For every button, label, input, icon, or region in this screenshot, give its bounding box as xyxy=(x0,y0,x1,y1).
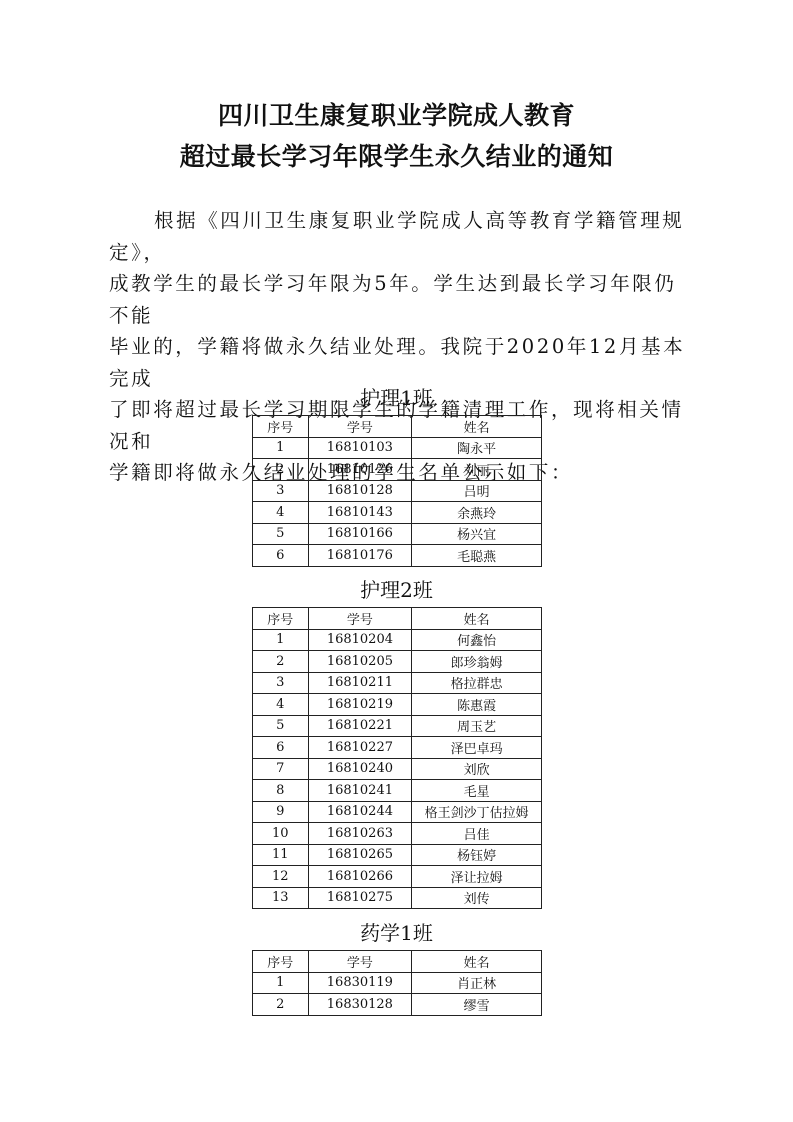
student-name: 周玉艺 xyxy=(412,715,542,737)
table-header-row: 序号学号姓名 xyxy=(253,608,542,630)
column-header: 序号 xyxy=(253,951,309,973)
student-id: 16810221 xyxy=(308,715,412,737)
table-row: 316810211格拉群忠 xyxy=(253,672,542,694)
student-name: 刘传 xyxy=(412,887,542,909)
paragraph-line-1: 根据《四川卫生康复职业学院成人高等教育学籍管理规定》， xyxy=(109,205,689,268)
student-name: 陶永平 xyxy=(412,437,542,459)
table-header-row: 序号学号姓名 xyxy=(253,951,542,973)
column-header: 姓名 xyxy=(412,951,542,973)
student-name: 缪雪 xyxy=(412,994,542,1016)
row-index: 4 xyxy=(253,694,309,716)
row-index: 1 xyxy=(253,629,309,651)
student-name: 肖正林 xyxy=(412,972,542,994)
row-index: 4 xyxy=(253,502,309,524)
table-row: 116810103陶永平 xyxy=(253,437,542,459)
student-id: 16810265 xyxy=(308,844,412,866)
student-id: 16810219 xyxy=(308,694,412,716)
student-name: 毛聪燕 xyxy=(412,545,542,567)
table-row: 1316810275刘传 xyxy=(253,887,542,909)
student-id: 16810227 xyxy=(308,737,412,759)
student-table-nursing-2: 序号学号姓名116810204何鑫怡216810205郎珍翁姆316810211… xyxy=(252,607,542,909)
column-header: 姓名 xyxy=(412,416,542,438)
student-id: 16810244 xyxy=(308,801,412,823)
document-title-line-1: 四川卫生康复职业学院成人教育 xyxy=(0,96,793,132)
table-row: 416810143余燕玲 xyxy=(253,502,542,524)
student-name: 吕佳 xyxy=(412,823,542,845)
table-row: 916810244格王剑沙丁估拉姆 xyxy=(253,801,542,823)
table-row: 216830128缪雪 xyxy=(253,994,542,1016)
table-row: 416810219陈惠霞 xyxy=(253,694,542,716)
student-id: 16810166 xyxy=(308,523,412,545)
student-id: 16830119 xyxy=(308,972,412,994)
student-name: 郎珍翁姆 xyxy=(412,651,542,673)
table-row: 716810240刘欣 xyxy=(253,758,542,780)
student-id: 16810241 xyxy=(308,780,412,802)
row-index: 13 xyxy=(253,887,309,909)
section-title-pharmacy-1: 药学1班 xyxy=(0,917,793,946)
student-id: 16810275 xyxy=(308,887,412,909)
student-name: 杨钰婷 xyxy=(412,844,542,866)
table-row: 1116810265杨钰婷 xyxy=(253,844,542,866)
section-title-nursing-2: 护理2班 xyxy=(0,574,793,603)
student-id: 16810263 xyxy=(308,823,412,845)
student-id: 16810128 xyxy=(308,480,412,502)
row-index: 2 xyxy=(253,994,309,1016)
table-row: 116830119肖正林 xyxy=(253,972,542,994)
table-row: 316810128吕明 xyxy=(253,480,542,502)
student-name: 余燕玲 xyxy=(412,502,542,524)
table-row: 116810204何鑫怡 xyxy=(253,629,542,651)
column-header: 序号 xyxy=(253,608,309,630)
row-index: 2 xyxy=(253,459,309,481)
student-id: 16810204 xyxy=(308,629,412,651)
student-name: 泽巴卓玛 xyxy=(412,737,542,759)
table-header-row: 序号学号姓名 xyxy=(253,416,542,438)
student-id: 16810143 xyxy=(308,502,412,524)
student-name: 杨兴宜 xyxy=(412,523,542,545)
table-row: 516810166杨兴宜 xyxy=(253,523,542,545)
row-index: 6 xyxy=(253,545,309,567)
row-index: 5 xyxy=(253,715,309,737)
table-row: 1016810263吕佳 xyxy=(253,823,542,845)
row-index: 1 xyxy=(253,972,309,994)
student-id: 16810176 xyxy=(308,545,412,567)
student-name: 吕明 xyxy=(412,480,542,502)
student-name: 何鑫怡 xyxy=(412,629,542,651)
student-name: 刘欣 xyxy=(412,758,542,780)
column-header: 序号 xyxy=(253,416,309,438)
row-index: 7 xyxy=(253,758,309,780)
student-name: 泽让拉姆 xyxy=(412,866,542,888)
table-row: 516810221周玉艺 xyxy=(253,715,542,737)
table-row: 216810205郎珍翁姆 xyxy=(253,651,542,673)
student-name: 格王剑沙丁估拉姆 xyxy=(412,801,542,823)
row-index: 11 xyxy=(253,844,309,866)
column-header: 学号 xyxy=(308,608,412,630)
student-id: 16810266 xyxy=(308,866,412,888)
paragraph-line-2: 成教学生的最长学习年限为5年。学生达到最长学习年限仍不能 xyxy=(109,268,689,331)
row-index: 12 xyxy=(253,866,309,888)
student-id: 16810103 xyxy=(308,437,412,459)
column-header: 姓名 xyxy=(412,608,542,630)
student-id: 16810126 xyxy=(308,459,412,481)
section-title-nursing-1: 护理1班 xyxy=(0,382,793,411)
row-index: 10 xyxy=(253,823,309,845)
column-header: 学号 xyxy=(308,416,412,438)
student-id: 16810240 xyxy=(308,758,412,780)
table-row: 816810241毛星 xyxy=(253,780,542,802)
row-index: 5 xyxy=(253,523,309,545)
student-name: 毛星 xyxy=(412,780,542,802)
student-name: 陈惠霞 xyxy=(412,694,542,716)
student-id: 16830128 xyxy=(308,994,412,1016)
table-row: 1216810266泽让拉姆 xyxy=(253,866,542,888)
table-row: 616810176毛聪燕 xyxy=(253,545,542,567)
row-index: 6 xyxy=(253,737,309,759)
table-row: 616810227泽巴卓玛 xyxy=(253,737,542,759)
row-index: 2 xyxy=(253,651,309,673)
table-row: 216810126刘丽 xyxy=(253,459,542,481)
student-table-pharmacy-1: 序号学号姓名116830119肖正林216830128缪雪 xyxy=(252,950,542,1016)
student-name: 刘丽 xyxy=(412,459,542,481)
row-index: 1 xyxy=(253,437,309,459)
row-index: 9 xyxy=(253,801,309,823)
document-title-line-2: 超过最长学习年限学生永久结业的通知 xyxy=(0,137,793,173)
student-name: 格拉群忠 xyxy=(412,672,542,694)
column-header: 学号 xyxy=(308,951,412,973)
student-table-nursing-1: 序号学号姓名116810103陶永平216810126刘丽316810128吕明… xyxy=(252,415,542,567)
row-index: 3 xyxy=(253,672,309,694)
row-index: 8 xyxy=(253,780,309,802)
student-id: 16810205 xyxy=(308,651,412,673)
row-index: 3 xyxy=(253,480,309,502)
student-id: 16810211 xyxy=(308,672,412,694)
